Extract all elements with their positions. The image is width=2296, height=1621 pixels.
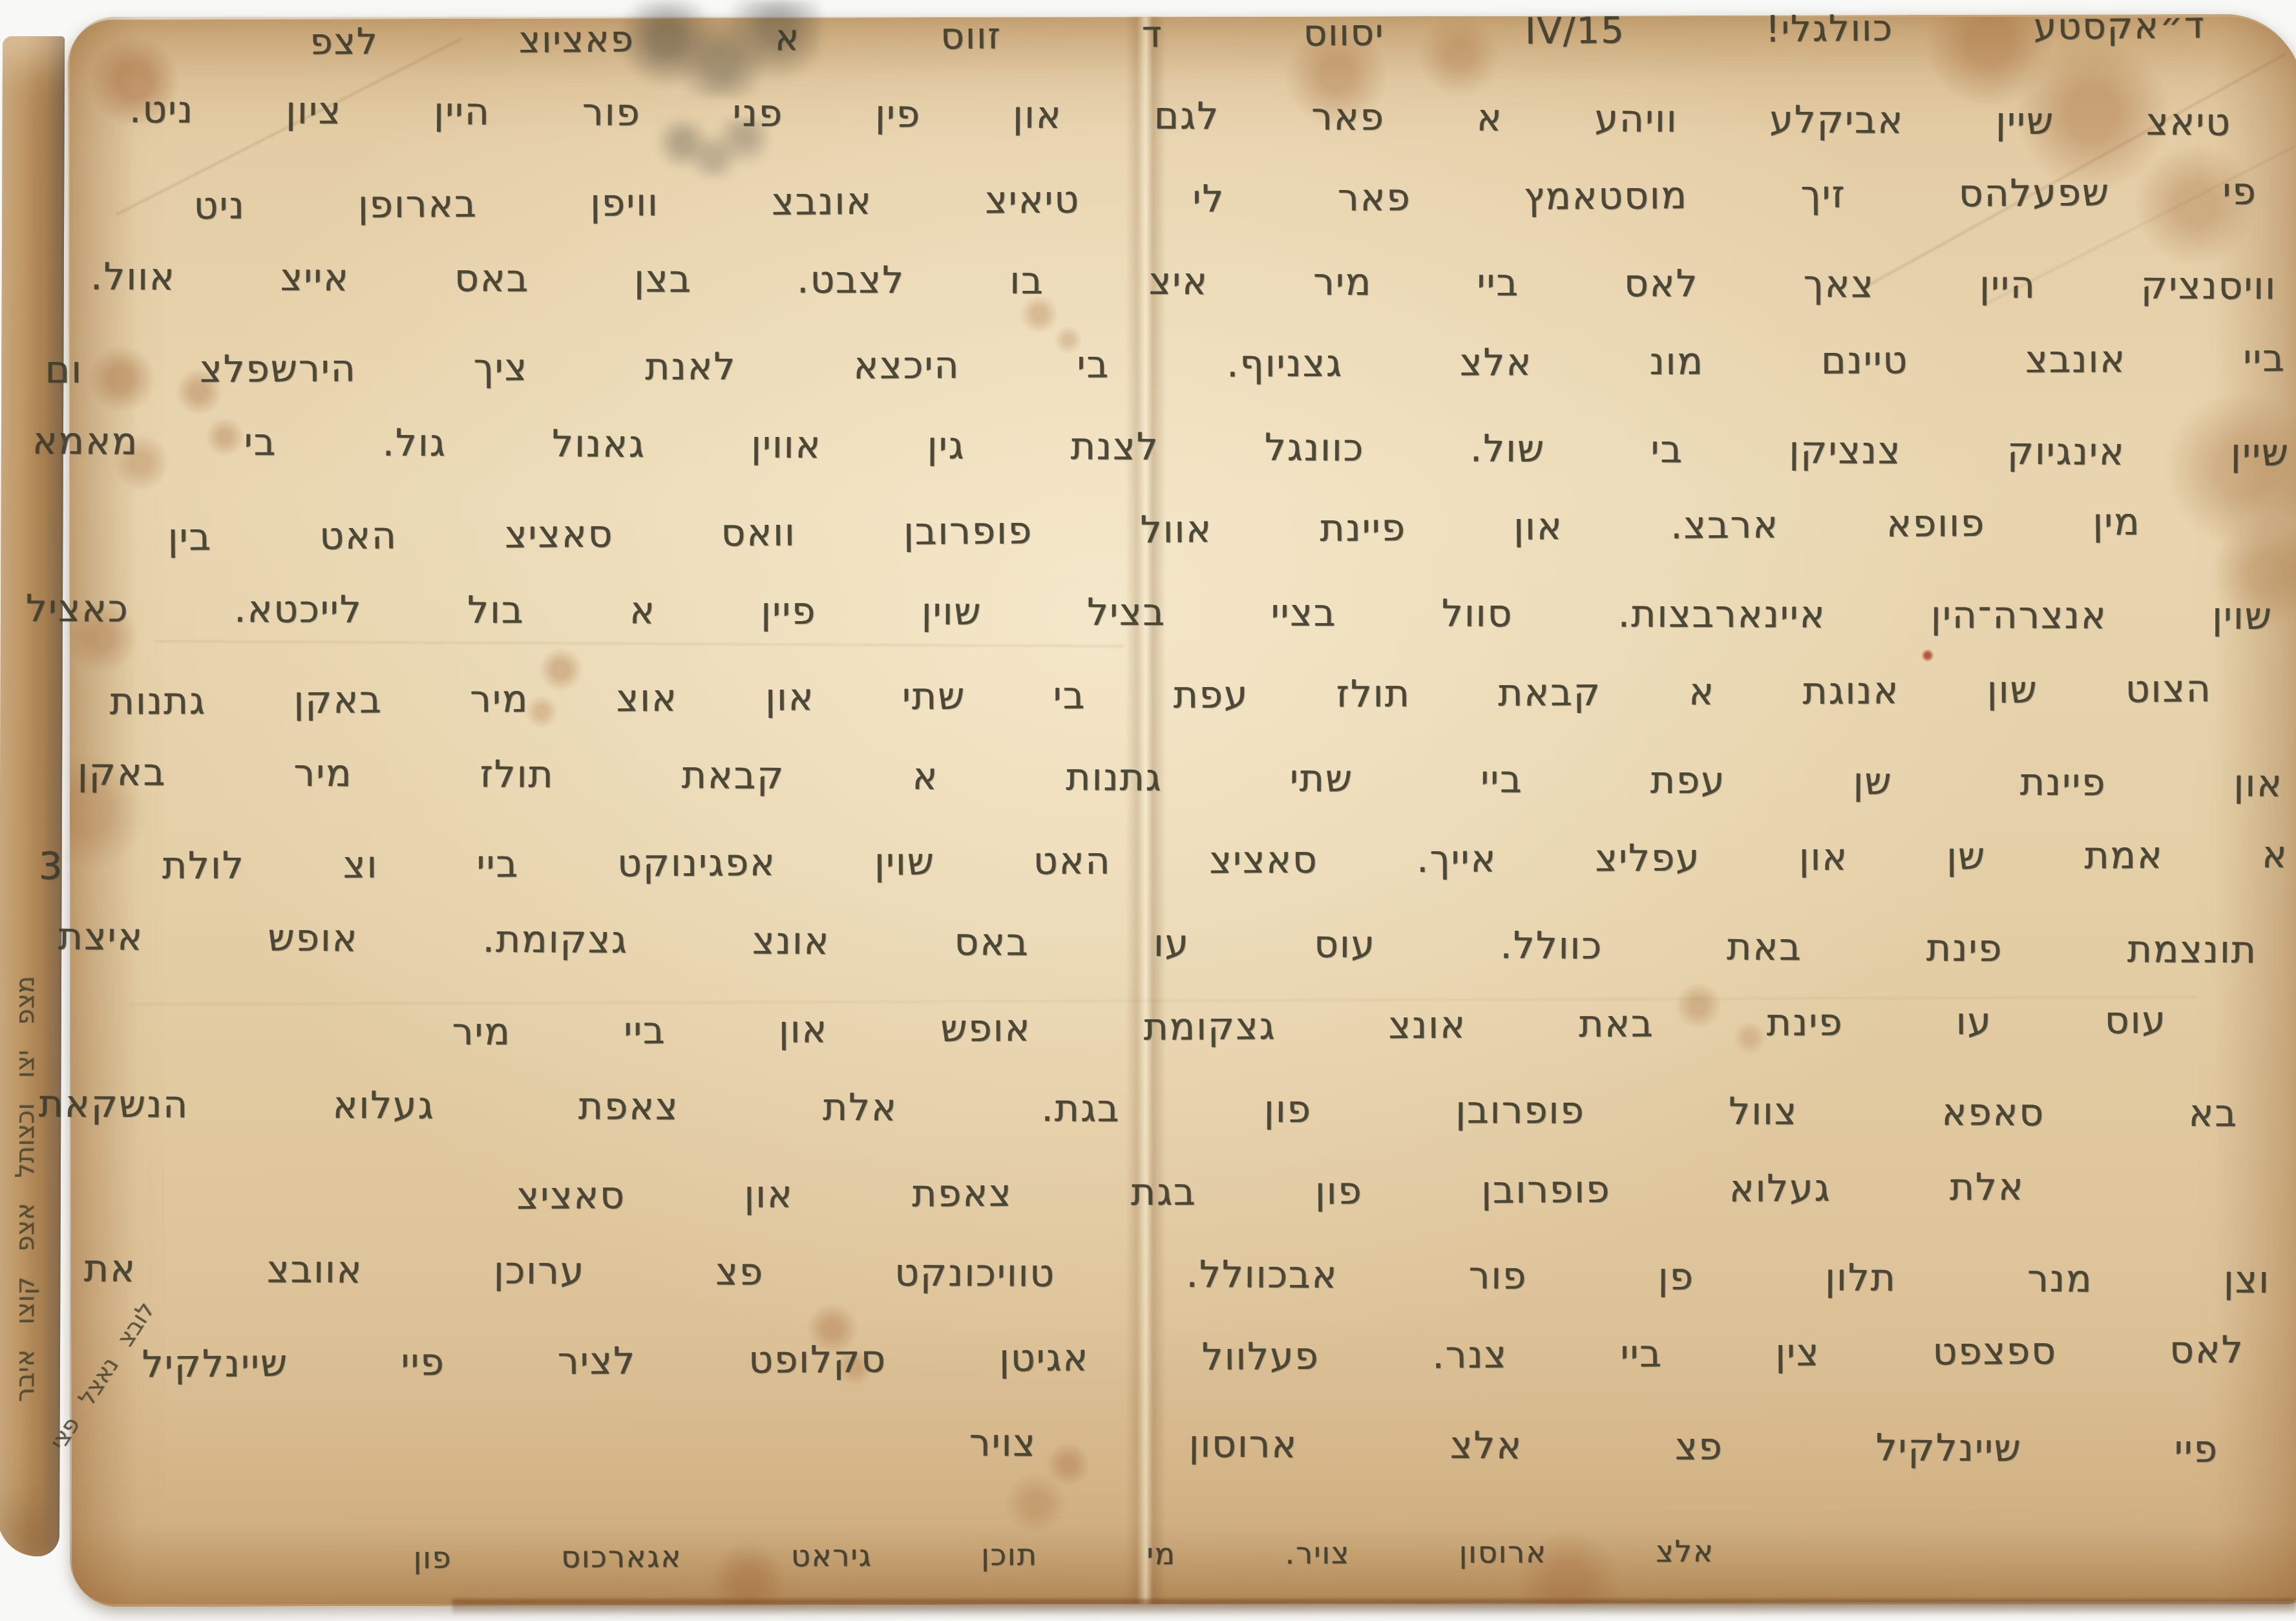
handwritten-line: אלצ ארוסון צויר. מי תוכן גיראט אגארכוס פ…: [414, 1535, 1714, 1587]
handwritten-line: שוין אנצרה־הין איינארבצות. סוול בציי בצי…: [26, 588, 2273, 658]
handwritten-line: שיין אינגיוק צנציקן בי שול. כוונגל לצנת …: [32, 421, 2290, 494]
handwritten-line: און פיינת שן עפת ביי שתי גתנות א קבאת תו…: [78, 752, 2283, 825]
handwritten-line: אלת געלוא פופרובן פון בגת צאפת און סאציצ: [517, 1167, 2025, 1238]
handwritten-line: ביי אונבצ טיינם מונ אלצ גצניוף. בי היכצא…: [45, 338, 2286, 412]
handwritten-line: וצן מנר תלון פן פור אבכוולל. טוויכונקט פ…: [84, 1248, 2270, 1322]
handwritten-line: פיי שיינלקיל פצ אלצ ארוסון צויר: [969, 1423, 2218, 1491]
scanner-background: ד״אקסטע כוולגלי! 15/IV יסווס ד זווס א פא…: [0, 0, 2296, 1621]
handwritten-line: טיאצ שיין אביקלע וויהע א פאר לגם און פין…: [129, 89, 2232, 164]
handwritten-line: עוס עו פינת באת אונצ גצקומת אופש און ביי…: [452, 1000, 2167, 1074]
handwritten-line: וויסנציק היין צאך לאס ביי מיר איצ בו לצב…: [90, 257, 2277, 328]
margin-note-vertical: מצפ יצו וכצותל אצפ קוצו איבר: [10, 976, 40, 1377]
handwritten-line: הצוט שון אנוגת א קבאת תולז עפת בי שתי או…: [110, 668, 2213, 743]
handwritten-line: א אמת שן און עפליצ אייך. סאציצ האט שוין …: [39, 834, 2288, 908]
handwritten-line: בא סאפא צוול פופרובן פון בגת. אלת צאפת ג…: [39, 1084, 2238, 1156]
